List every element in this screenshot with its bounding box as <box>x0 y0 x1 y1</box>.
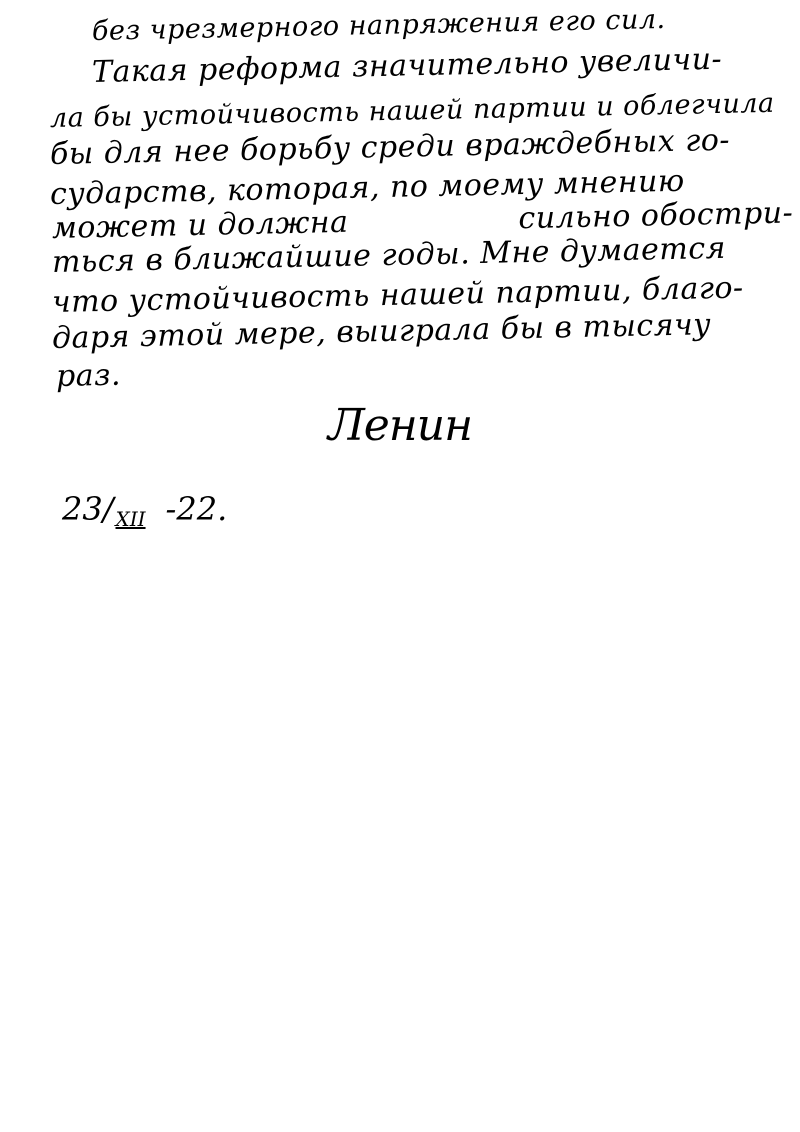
line-gap <box>349 228 519 232</box>
text-line-6-end: сильно обостри- <box>518 195 793 236</box>
handwritten-page: без чрезмерного напряжения его сил. Така… <box>0 0 800 1132</box>
date-day: 23 <box>62 490 103 528</box>
date-month: XII <box>116 507 146 531</box>
date-slash: / <box>103 490 114 528</box>
signature: Ленин <box>328 400 472 451</box>
text-line-2: Такая реформа значительно увеличи- <box>92 45 723 88</box>
text-line-1: без чрезмерного напряжения его сил. <box>92 6 666 45</box>
text-line-10: раз. <box>56 361 122 392</box>
date: 23/XII-22. <box>62 490 227 531</box>
text-line-4: бы для нее борьбу среди враждебных го- <box>50 126 731 170</box>
date-year: -22. <box>166 490 228 528</box>
